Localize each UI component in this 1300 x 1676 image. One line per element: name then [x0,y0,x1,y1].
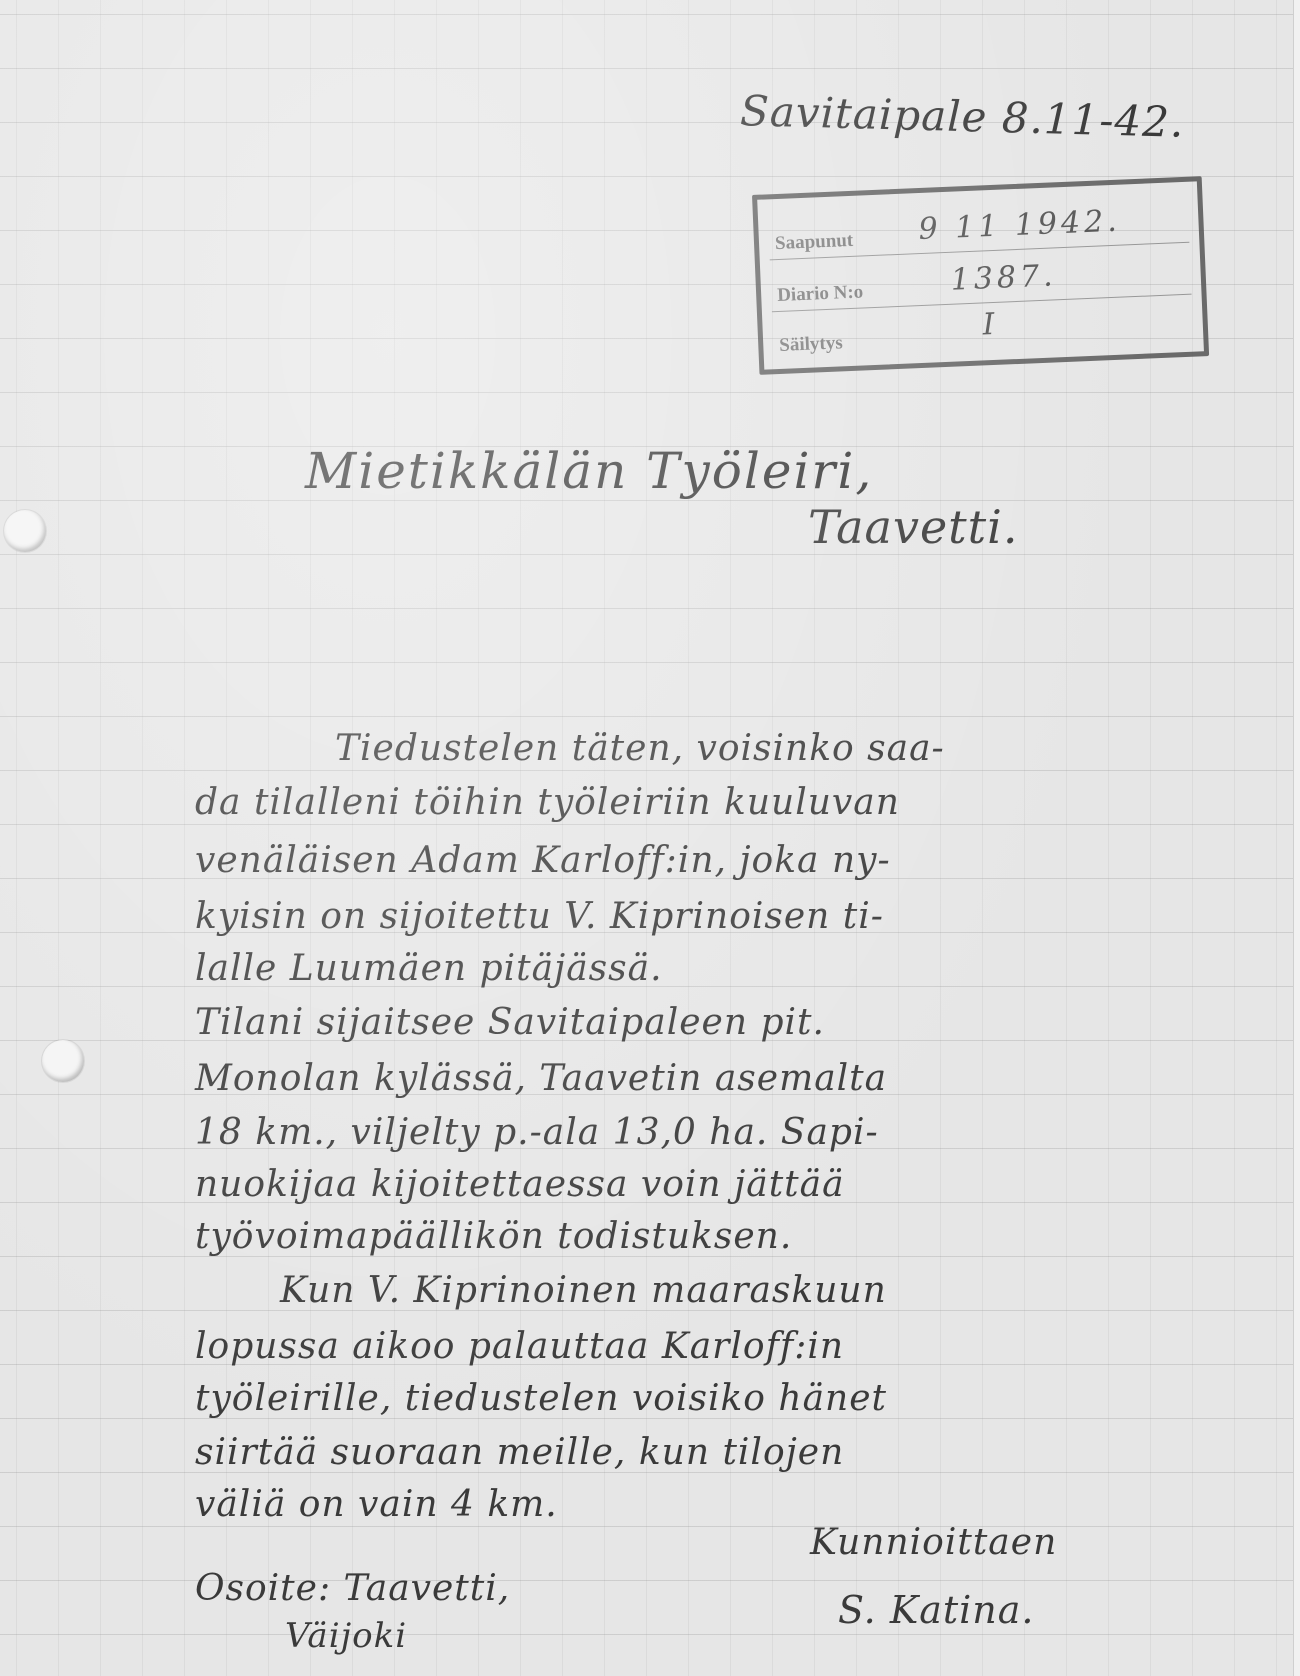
paper-edge [1293,0,1300,1676]
recipient-name: Mietikkälän Työleiri, [305,442,873,500]
body-line: lalle Luumäen pitäjässä. [195,948,663,989]
body-line: työleirille, tiedustelen voisiko hänet [195,1378,887,1419]
stamp-value: 9 11 1942. [918,204,1122,247]
body-line: väliä on vain 4 km. [195,1484,558,1525]
body-line: lopussa aikoo palauttaa Karloff:in [195,1326,844,1367]
body-line: da tilalleni töihin työleiriin kuuluvan [195,782,900,823]
punch-hole [4,510,46,552]
body-line: 18 km., viljelty p.-ala 13,0 ha. Sapi- [195,1112,879,1153]
body-line: siirtää suoraan meille, kun tilojen [195,1432,844,1473]
sender-address: Osoite: Taavetti, [195,1568,510,1609]
stamp-label: Saapunut [775,230,854,255]
received-stamp: Saapunut 9 11 1942. Diario N:o 1387. Säi… [752,176,1209,375]
body-line: Tilani sijaitsee Savitaipaleen pit. [195,1002,825,1043]
body-line: Kun V. Kiprinoinen maaraskuun [280,1270,887,1311]
body-line: Tiedustelen täten, voisinko saa- [335,728,945,769]
sender-address-line2: Väijoki [285,1616,407,1656]
body-line: työvoimapäällikön todistuksen. [195,1216,792,1257]
recipient-location: Taavetti. [808,500,1018,554]
stamp-label: Säilytys [779,332,843,357]
letter-page: Savitaipale 8.11-42. Saapunut 9 11 1942.… [0,0,1293,1676]
body-line: kyisin on sijoitettu V. Kiprinoisen ti- [195,896,884,937]
punch-hole [42,1040,84,1082]
stamp-label: Diario N:o [777,281,864,307]
closing-salutation: Kunnioittaen [810,1522,1057,1563]
body-line: Monolan kylässä, Taavetin asemalta [195,1058,887,1099]
stamp-value: I [982,307,999,343]
signature: S. Katina. [838,1588,1035,1632]
stamp-value: 1387. [950,258,1057,297]
body-line: nuokijaa kijoitettaessa voin jättää [195,1164,845,1205]
place-date: Savitaipale 8.11-42. [739,86,1185,147]
body-line: venäläisen Adam Karloff:in, joka ny- [195,840,891,881]
